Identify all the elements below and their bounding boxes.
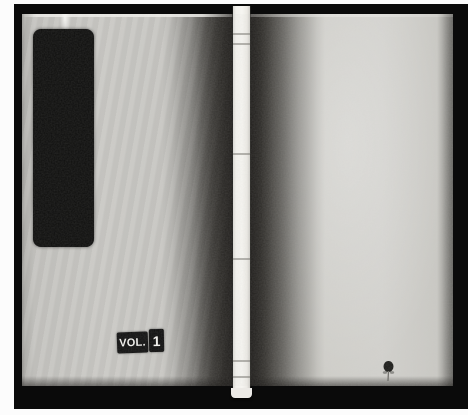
tape-seam	[233, 360, 250, 362]
tape-seam	[233, 376, 250, 378]
book-scan-photo: VOL. 1	[0, 0, 468, 415]
tape-seam	[233, 258, 250, 260]
book-binding: VOL. 1	[22, 14, 453, 386]
vol-sticker-label: VOL.	[119, 336, 146, 349]
cover-label-black	[33, 29, 94, 247]
tape-seam	[233, 43, 250, 45]
volume-number-sticker: 1	[149, 329, 164, 352]
flower-stem	[388, 371, 389, 381]
flower-stamp-icon	[380, 360, 398, 384]
flower-leaf-right	[390, 371, 394, 374]
tape-foot	[231, 388, 252, 398]
flower-head	[384, 361, 394, 372]
flower-leaf-left	[383, 371, 387, 374]
gutter-shadow-right	[250, 14, 325, 386]
vol-sticker: VOL.	[117, 331, 149, 353]
gutter-shadow-left	[162, 14, 233, 386]
tape-seam	[233, 33, 250, 35]
photo-frame: VOL. 1	[14, 4, 468, 409]
volume-number-label: 1	[152, 332, 160, 348]
tape-seam	[233, 153, 250, 155]
right-cover-edge-shade	[437, 14, 453, 386]
spine-tape	[233, 6, 250, 392]
